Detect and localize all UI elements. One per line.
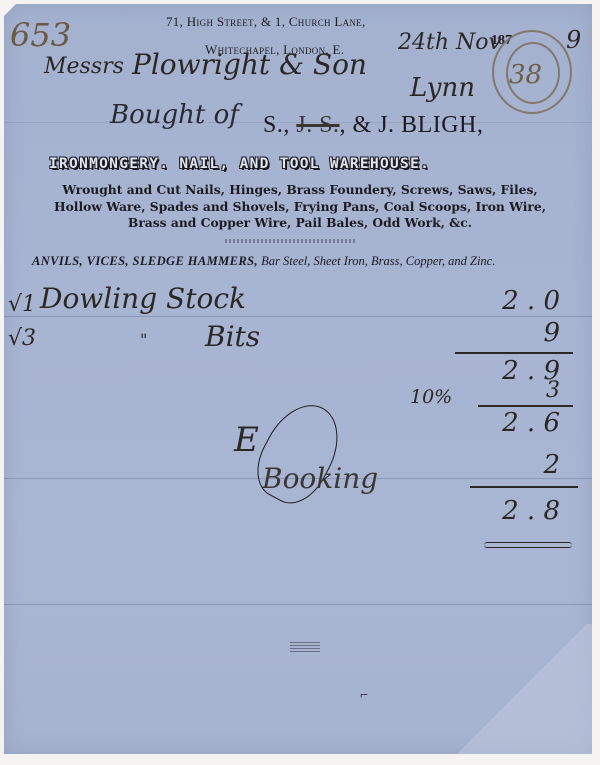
firm-name: S., J. S., & J. BLIGH, [263,112,483,139]
paper-fold [4,604,592,605]
item-1-description: Dowling Stock [40,282,246,315]
specialties-caps: ANVILS, VICES, SLEDGE HAMMERS, [32,254,258,268]
booking-signature-initial: E [234,420,259,460]
item-2-amount: 9 [440,318,560,348]
firm-struck-initials: J. S. [296,112,339,138]
discount-rule [478,405,573,407]
invoice-number: 653 [10,16,71,54]
booking-amount: 2 [440,450,560,480]
discount-amount: 3 [440,378,560,403]
invoice-date: 24th Nov [398,30,501,55]
ink-mark: ⌐ [360,688,368,704]
invoice-total: 2 . 8 [440,496,560,526]
year-digit: 9 [566,26,581,54]
firm-suffix: , & J. BLIGH, [340,112,484,138]
ink-smudge [290,640,320,652]
total-double-underline [484,542,572,548]
sum-rule [455,352,573,354]
specialties-line: ANVILS, VICES, SLEDGE HAMMERS, Bar Steel… [32,254,495,269]
customer-town: Lynn [410,73,475,103]
total-rule [470,486,578,488]
item-2-description: Bits [205,320,260,353]
goods-list: Wrought and Cut Nails, Hinges, Brass Fou… [40,182,560,232]
trade-line: IRONMONGERY. NAIL, AND TOOL WAREHOUSE. [49,156,430,172]
customer-name: Plowright & Son [132,48,367,81]
booking-label: Booking [262,462,378,495]
firm-prefix: S., [263,112,290,138]
stamp-mark: 38 [509,60,542,90]
after-discount: 2 . 6 [440,408,560,438]
item-2-ditto: " [140,330,147,349]
messrs-label: Messrs [44,54,124,79]
specialties-rest: Bar Steel, Sheet Iron, Brass, Copper, an… [258,254,495,268]
corner-fold [452,624,592,754]
item-1-qty: √1 [8,292,36,317]
paper-fold [4,316,592,317]
address-line-1: 71, High Street, & 1, Church Lane, [166,14,366,30]
wavy-divider [225,239,355,243]
item-1-amount: 2 . 0 [440,286,560,316]
bought-of-script: Bought of [110,100,239,130]
item-2-qty: √3 [8,326,36,351]
